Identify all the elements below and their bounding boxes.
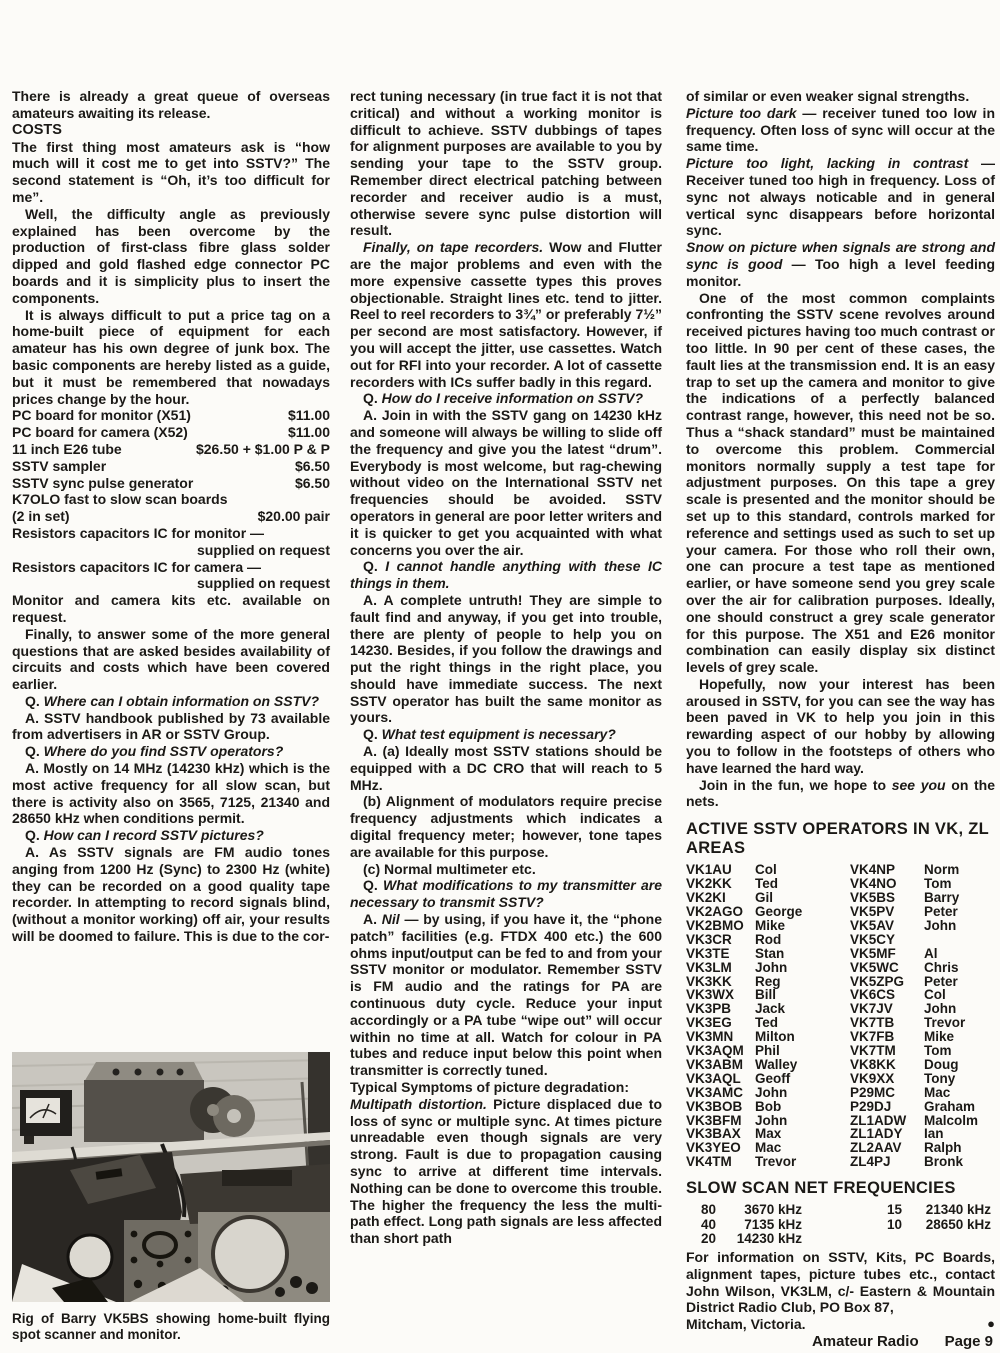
callsign-cell: VK3BAX: [686, 1127, 755, 1141]
section-heading: SLOW SCAN NET FREQUENCIES: [686, 1179, 995, 1198]
callsign-cell: VK4TM: [686, 1155, 755, 1169]
table-row: VK3CRRodVK5CY: [686, 933, 995, 947]
price-item-value: $20.00 pair: [258, 508, 330, 525]
callsign-cell: ZL1ADY: [850, 1127, 924, 1141]
callsign-cell: VK3AQL: [686, 1072, 755, 1086]
italic-text: Picture too dark: [686, 105, 797, 121]
text: Join in the fun, we hope to: [699, 777, 892, 793]
italic-text: Where do you find SSTV operators?: [44, 743, 284, 759]
italic-text: What test equipment is necessary?: [382, 726, 616, 742]
paragraph: It is always difficult to put a price ta…: [12, 307, 330, 408]
italic-text: see you: [892, 777, 946, 793]
italic-text: How can I record SSTV pictures?: [44, 827, 264, 843]
table-row: 2014230 kHz: [686, 1232, 995, 1247]
paragraph: (c) Normal multimeter etc.: [350, 861, 662, 878]
band-cell: 40: [686, 1218, 716, 1233]
italic-text: How do I receive information on SSTV?: [382, 390, 643, 406]
paragraph: Snow on picture when signals are strong …: [686, 239, 995, 289]
name-cell: Geoff: [755, 1072, 850, 1086]
callsign-cell: VK5ZPG: [850, 975, 924, 989]
paragraph: Q. How can I record SSTV pictures?: [12, 827, 330, 844]
table-row: VK3BOBBobP29DJGraham: [686, 1100, 995, 1114]
callsign-cell: VK3KK: [686, 975, 755, 989]
name-cell: Chris: [924, 961, 995, 975]
callsign-cell: VK3WX: [686, 988, 755, 1002]
section-heading: ACTIVE SSTV OPERATORS IN VK, ZL AREAS: [686, 820, 995, 858]
callsign-cell: VK9XX: [850, 1072, 924, 1086]
paragraph: A. A complete untruth! They are simple t…: [350, 592, 662, 726]
frequency-cell: 28650 kHz: [902, 1218, 995, 1233]
callsign-cell: VK7TM: [850, 1044, 924, 1058]
frequency-cell: [902, 1232, 995, 1247]
price-row: Resistors capacitors IC for monitor —: [12, 525, 330, 542]
name-cell: John: [755, 1086, 850, 1100]
frequencies-table: 803670 kHz1521340 kHz407135 kHz1028650 k…: [686, 1203, 995, 1247]
price-row: K7OLO fast to slow scan boards: [12, 491, 330, 508]
paragraph: Q. Where can I obtain information on SST…: [12, 693, 330, 710]
name-cell: Reg: [755, 975, 850, 989]
price-list: PC board for monitor (X51)$11.00PC board…: [12, 407, 330, 592]
name-cell: John: [755, 961, 850, 975]
price-row: supplied on request: [12, 575, 330, 592]
callsign-cell: VK8KK: [850, 1058, 924, 1072]
text: Q.: [363, 558, 385, 574]
name-cell: Max: [755, 1127, 850, 1141]
column-left-text: There is already a great queue of overse…: [12, 88, 330, 945]
price-item-label: 11 inch E26 tube: [12, 441, 122, 458]
name-cell: Walley: [755, 1058, 850, 1072]
callsign-cell: VK7JV: [850, 1002, 924, 1016]
magazine-page: There is already a great queue of overse…: [0, 0, 1000, 1353]
name-cell: Milton: [755, 1030, 850, 1044]
frequency-cell: 14230 kHz: [716, 1232, 802, 1247]
bold-text: Typical Symptoms of picture degradation:: [350, 1079, 629, 1095]
italic-text: Nil: [382, 911, 400, 927]
callsign-cell: VK5CY: [850, 933, 924, 947]
name-cell: John: [924, 1002, 995, 1016]
table-row: VK3EGTedVK7TBTrevor: [686, 1016, 995, 1030]
callsign-cell: VK3YEO: [686, 1141, 755, 1155]
name-cell: Ian: [924, 1127, 995, 1141]
name-cell: Bill: [755, 988, 850, 1002]
table-row: VK2AGOGeorgeVK5PVPeter: [686, 905, 995, 919]
table-row: VK2KIGilVK5BSBarry: [686, 891, 995, 905]
band-cell: 80: [686, 1203, 716, 1218]
table-row: VK4TMTrevorZL4PJBronk: [686, 1155, 995, 1169]
table-row: VK3MNMiltonVK7FBMike: [686, 1030, 995, 1044]
price-item-value: supplied on request: [197, 542, 330, 559]
band-cell: 10: [802, 1218, 902, 1233]
callsign-cell: VK5PV: [850, 905, 924, 919]
name-cell: Tony: [924, 1072, 995, 1086]
price-item-value: $6.50: [295, 475, 330, 492]
paragraph: Typical Symptoms of picture degradation:: [350, 1079, 662, 1096]
table-row: VK3KKRegVK5ZPGPeter: [686, 975, 995, 989]
callsign-cell: VK3TE: [686, 947, 755, 961]
name-cell: Malcolm: [924, 1114, 995, 1128]
name-cell: Mike: [924, 1030, 995, 1044]
paragraph: Join in the fun, we hope to see you on t…: [686, 777, 995, 811]
name-cell: Peter: [924, 905, 995, 919]
table-row: VK3BAXMaxZL1ADYIan: [686, 1127, 995, 1141]
name-cell: Tom: [924, 1044, 995, 1058]
photo-rig-of-barry-vk5bs: [12, 1052, 330, 1302]
callsign-cell: VK3ABM: [686, 1058, 755, 1072]
callsign-cell: VK3MN: [686, 1030, 755, 1044]
text: Q.: [25, 743, 44, 759]
name-cell: Norm: [924, 863, 995, 877]
column-right-text: of similar or even weaker signal strengt…: [686, 88, 995, 1333]
paragraph: (b) Alignment of modulators require prec…: [350, 793, 662, 860]
paragraph: Q. What test equipment is necessary?: [350, 726, 662, 743]
callsign-cell: VK2KI: [686, 891, 755, 905]
italic-text: Multipath distortion.: [350, 1096, 487, 1112]
table-row: 803670 kHz1521340 kHz: [686, 1203, 995, 1218]
price-row: (2 in set)$20.00 pair: [12, 508, 330, 525]
callsign-cell: VK4NP: [850, 863, 924, 877]
callsign-cell: ZL2AAV: [850, 1141, 924, 1155]
paragraph: Well, the difficulty angle as previously…: [12, 206, 330, 307]
italic-text: Picture too light, lacking in contrast: [686, 155, 968, 171]
section-heading: COSTS: [12, 122, 330, 139]
paragraph: A. Mostly on 14 MHz (14230 kHz) which is…: [12, 760, 330, 827]
price-item-label: Resistors capacitors IC for monitor —: [12, 525, 264, 542]
table-row: VK3LMJohnVK5WCChris: [686, 961, 995, 975]
name-cell: Ted: [755, 1016, 850, 1030]
price-item-label: SSTV sync pulse generator: [12, 475, 193, 492]
paragraph: A. As SSTV signals are FM audio tones an…: [12, 844, 330, 945]
paragraph: Multipath distortion. Picture displaced …: [350, 1096, 662, 1247]
rig-photo-image: [12, 1052, 330, 1302]
name-cell: Ralph: [924, 1141, 995, 1155]
page-number: Page 9: [945, 1333, 993, 1351]
callsign-cell: VK2KK: [686, 877, 755, 891]
callsign-cell: VK3BFM: [686, 1114, 755, 1128]
table-row: VK3BFMJohnZL1ADWMalcolm: [686, 1114, 995, 1128]
text: Q.: [25, 693, 44, 709]
name-cell: Doug: [924, 1058, 995, 1072]
price-row: Resistors capacitors IC for camera —: [12, 559, 330, 576]
paragraph: A. Join in with the SSTV gang on 14230 k…: [350, 407, 662, 558]
callsign-cell: VK3PB: [686, 1002, 755, 1016]
paragraph: of similar or even weaker signal strengt…: [686, 88, 995, 105]
name-cell: Peter: [924, 975, 995, 989]
table-row: VK3ABMWalleyVK8KKDoug: [686, 1058, 995, 1072]
name-cell: Col: [924, 988, 995, 1002]
table-row: VK3TEStanVK5MFAl: [686, 947, 995, 961]
callsign-cell: ZL1ADW: [850, 1114, 924, 1128]
name-cell: Trevor: [924, 1016, 995, 1030]
price-item-label: (2 in set): [12, 508, 70, 525]
name-cell: Al: [924, 947, 995, 961]
price-item-value: supplied on request: [197, 575, 330, 592]
paragraph: Q. Where do you find SSTV operators?: [12, 743, 330, 760]
name-cell: Graham: [924, 1100, 995, 1114]
end-line-text: Mitcham, Victoria.: [686, 1316, 806, 1333]
name-cell: Bronk: [924, 1155, 995, 1169]
paragraph: Q. I cannot handle anything with these I…: [350, 558, 662, 592]
page-footer: Amateur Radio Page 9: [686, 1333, 995, 1351]
callsign-cell: ZL4PJ: [850, 1155, 924, 1169]
band-cell: 15: [802, 1203, 902, 1218]
callsign-cell: VK7FB: [850, 1030, 924, 1044]
table-row: VK3WXBillVK6CSCol: [686, 988, 995, 1002]
panel-meter: [20, 1090, 72, 1144]
paragraph: The first thing most amateurs ask is “ho…: [12, 139, 330, 206]
price-item-value: $11.00: [288, 407, 330, 424]
column-left: There is already a great queue of overse…: [12, 88, 330, 1343]
end-bullet-icon: ●: [987, 1316, 995, 1333]
callsign-cell: P29DJ: [850, 1100, 924, 1114]
callsign-cell: VK3CR: [686, 933, 755, 947]
name-cell: Col: [755, 863, 850, 877]
callsign-cell: VK2BMO: [686, 919, 755, 933]
paragraph: A. Nil — by using, if you have it, the “…: [350, 911, 662, 1079]
column-right: of similar or even weaker signal strengt…: [686, 88, 995, 1343]
callsign-cell: VK2AGO: [686, 905, 755, 919]
price-row: SSTV sampler$6.50: [12, 458, 330, 475]
paragraph: For information on SSTV, Kits, PC Boards…: [686, 1249, 995, 1316]
price-item-value: $6.50: [295, 458, 330, 475]
photo-caption: Rig of Barry VK5BS showing home-built fl…: [12, 1311, 330, 1343]
text: Q.: [363, 726, 382, 742]
callsign-cell: VK7TB: [850, 1016, 924, 1030]
table-row: VK3AQLGeoffVK9XXTony: [686, 1072, 995, 1086]
paragraph: Picture too light, lacking in contrast —…: [686, 155, 995, 239]
paragraph: Finally, on tape recorders. Wow and Flut…: [350, 239, 662, 390]
price-item-label: PC board for monitor (X51): [12, 407, 191, 424]
paragraph: Monitor and camera kits etc. available o…: [12, 592, 330, 626]
callsign-cell: VK1AU: [686, 863, 755, 877]
column-middle: rect tuning necessary (in true fact it i…: [350, 88, 662, 1343]
text: A.: [363, 911, 382, 927]
price-row: PC board for monitor (X51)$11.00: [12, 407, 330, 424]
callsign-cell: VK3BOB: [686, 1100, 755, 1114]
name-cell: John: [924, 919, 995, 933]
name-cell: Ted: [755, 877, 850, 891]
callsign-cell: VK5WC: [850, 961, 924, 975]
table-row: VK3YEOMacZL2AAVRalph: [686, 1141, 995, 1155]
name-cell: Rod: [755, 933, 850, 947]
italic-text: I cannot handle anything with these IC t…: [350, 558, 662, 591]
callsign-cell: VK3AMC: [686, 1086, 755, 1100]
callsign-cell: VK3EG: [686, 1016, 755, 1030]
text: — by using, if you have it, the “phone p…: [350, 911, 662, 1078]
paragraph: Picture too dark — receiver tuned too lo…: [686, 105, 995, 155]
table-row: VK2KKTedVK4NOTom: [686, 877, 995, 891]
text: Q.: [363, 390, 382, 406]
name-cell: Tom: [924, 877, 995, 891]
price-item-label: K7OLO fast to slow scan boards: [12, 491, 228, 508]
name-cell: Barry: [924, 891, 995, 905]
table-row: VK2BMOMikeVK5AVJohn: [686, 919, 995, 933]
frequency-cell: 3670 kHz: [716, 1203, 802, 1218]
text: Wow and Flutter are the major problems a…: [350, 239, 662, 389]
name-cell: George: [755, 905, 850, 919]
table-row: VK3PBJackVK7JVJohn: [686, 1002, 995, 1016]
tape-recorder-on-shelf: [84, 1062, 204, 1142]
table-row: VK1AUColVK4NPNorm: [686, 863, 995, 877]
italic-text: What modifications to my transmitter are…: [350, 877, 662, 910]
band-cell: 20: [686, 1232, 716, 1247]
name-cell: [924, 933, 995, 947]
price-row: 11 inch E26 tube$26.50 + $1.00 P & P: [12, 441, 330, 458]
text: Picture displaced due to loss of sync or…: [350, 1096, 662, 1246]
text: Q.: [25, 827, 44, 843]
band-cell: [802, 1232, 902, 1247]
name-cell: Stan: [755, 947, 850, 961]
callsign-cell: VK3LM: [686, 961, 755, 975]
table-row: VK3AMCJohnP29MCMac: [686, 1086, 995, 1100]
price-item-label: SSTV sampler: [12, 458, 106, 475]
price-item-value: $26.50 + $1.00 P & P: [196, 441, 330, 458]
frequency-cell: 21340 kHz: [902, 1203, 995, 1218]
name-cell: Mac: [755, 1141, 850, 1155]
name-cell: Mac: [924, 1086, 995, 1100]
italic-text: Finally, on tape recorders.: [363, 239, 543, 255]
paragraph: A. (a) Ideally most SSTV stations should…: [350, 743, 662, 793]
name-cell: Trevor: [755, 1155, 850, 1169]
paragraph: There is already a great queue of overse…: [12, 88, 330, 122]
paragraph: A. SSTV handbook published by 73 availab…: [12, 710, 330, 744]
price-item-label: PC board for camera (X52): [12, 424, 188, 441]
paragraph: Finally, to answer some of the more gene…: [12, 626, 330, 693]
price-item-label: Resistors capacitors IC for camera —: [12, 559, 261, 576]
paragraph: One of the most common complaints confro…: [686, 290, 995, 676]
paragraph: Q. What modifications to my transmitter …: [350, 877, 662, 911]
callsign-cell: VK5BS: [850, 891, 924, 905]
callsign-cell: VK4NO: [850, 877, 924, 891]
table-row: VK3AQMPhilVK7TMTom: [686, 1044, 995, 1058]
columns-container: There is already a great queue of overse…: [12, 88, 995, 1343]
name-cell: John: [755, 1114, 850, 1128]
magazine-title: Amateur Radio: [812, 1333, 919, 1351]
name-cell: Phil: [755, 1044, 850, 1058]
callsign-cell: P29MC: [850, 1086, 924, 1100]
paragraph: rect tuning necessary (in true fact it i…: [350, 88, 662, 239]
paragraph: Hopefully, now your interest has been ar…: [686, 676, 995, 777]
price-row: supplied on request: [12, 542, 330, 559]
end-line: Mitcham, Victoria.●: [686, 1316, 995, 1333]
callsign-cell: VK5AV: [850, 919, 924, 933]
paragraph: Q. How do I receive information on SSTV?: [350, 390, 662, 407]
callsign-cell: VK3AQM: [686, 1044, 755, 1058]
italic-text: Where can I obtain information on SSTV?: [44, 693, 319, 709]
callsign-cell: VK5MF: [850, 947, 924, 961]
price-row: PC board for camera (X52)$11.00: [12, 424, 330, 441]
name-cell: Bob: [755, 1100, 850, 1114]
name-cell: Gil: [755, 891, 850, 905]
price-row: SSTV sync pulse generator$6.50: [12, 475, 330, 492]
price-item-value: $11.00: [288, 424, 330, 441]
text: Q.: [363, 877, 383, 893]
table-row: 407135 kHz1028650 kHz: [686, 1218, 995, 1233]
name-cell: Jack: [755, 1002, 850, 1016]
column-middle-text: rect tuning necessary (in true fact it i…: [350, 88, 662, 1247]
callsign-cell: VK6CS: [850, 988, 924, 1002]
operators-table: VK1AUColVK4NPNormVK2KKTedVK4NOTomVK2KIGi…: [686, 863, 995, 1169]
name-cell: Mike: [755, 919, 850, 933]
frequency-cell: 7135 kHz: [716, 1218, 802, 1233]
